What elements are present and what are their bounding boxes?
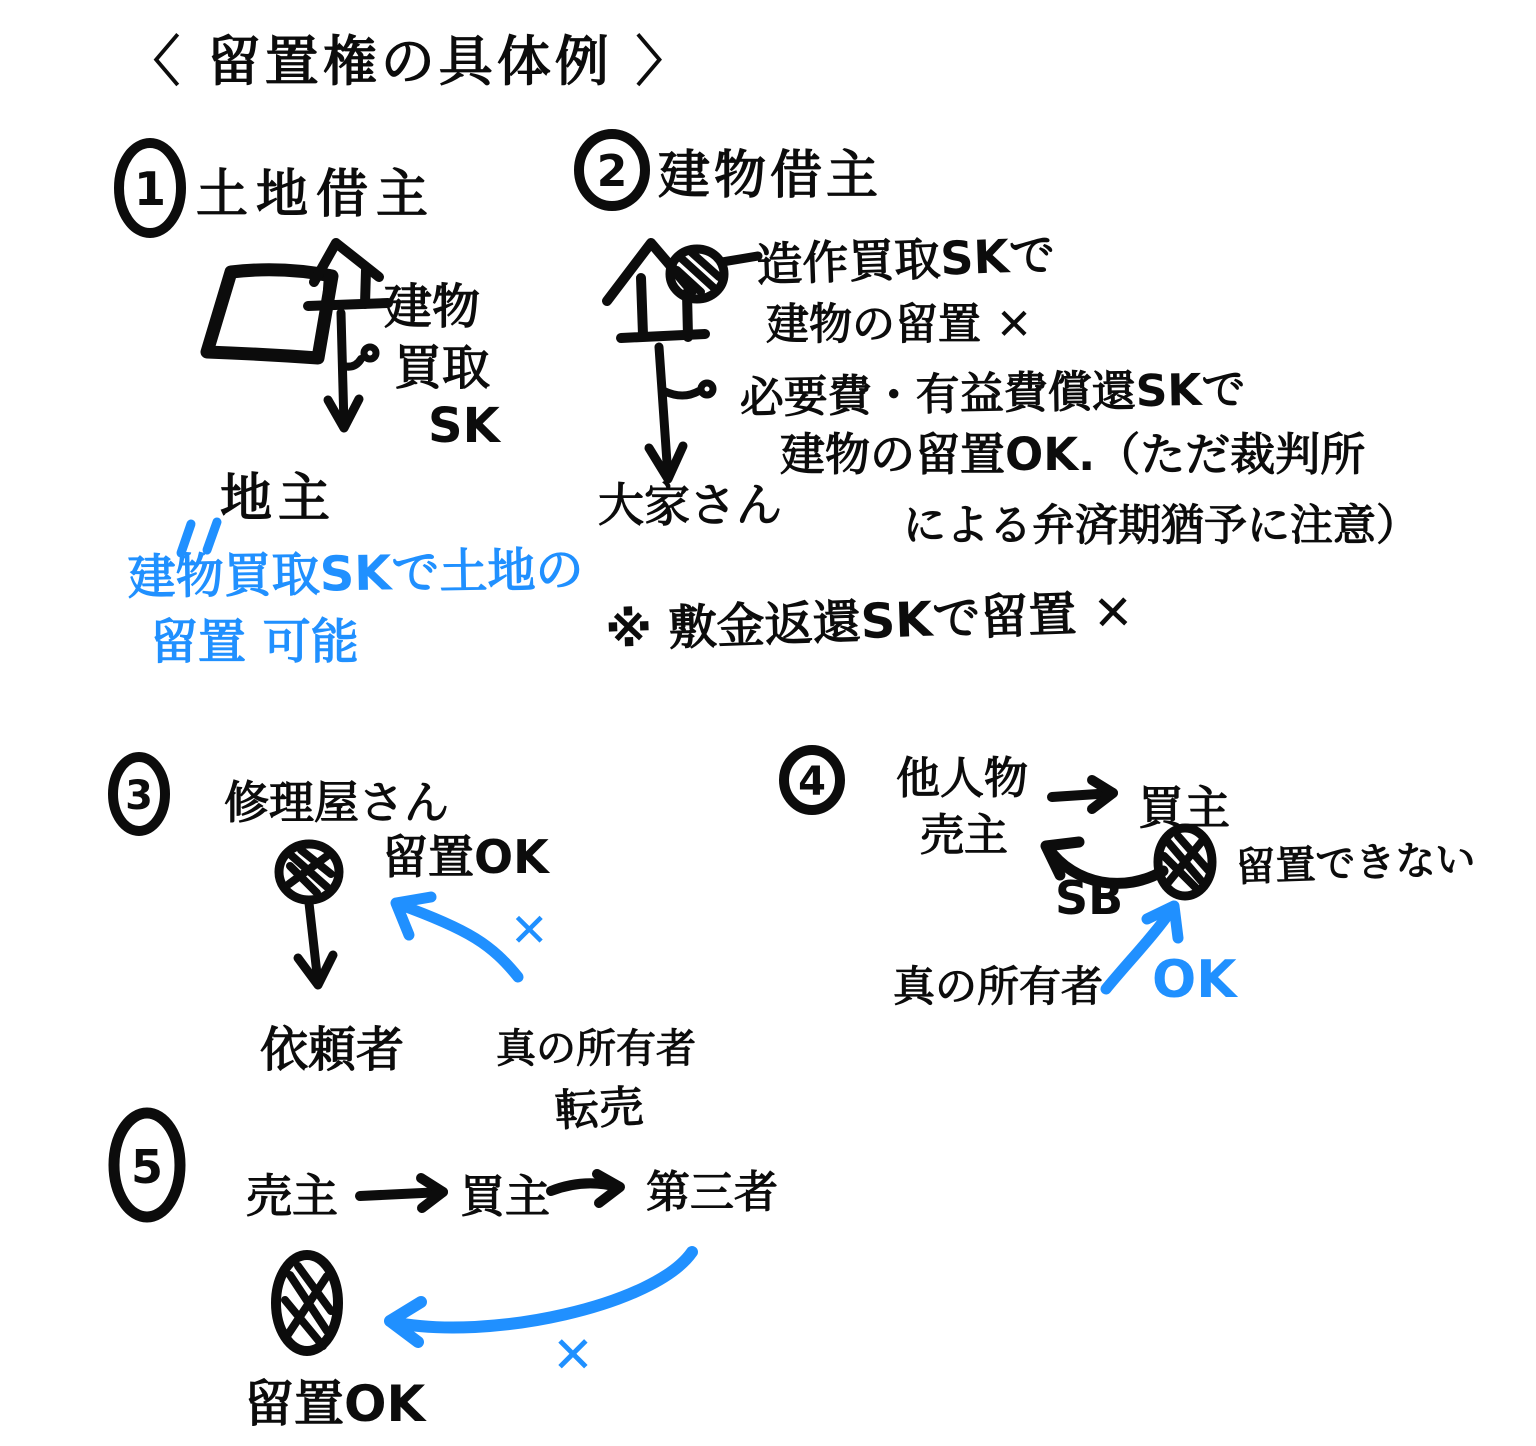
house-icon xyxy=(308,243,388,306)
repaired-item-ball-icon xyxy=(279,844,339,900)
buyer-label: 買主 xyxy=(460,1170,550,1223)
section-3-label: 修理屋さん xyxy=(224,776,449,829)
landlord-label: 大家さん xyxy=(598,478,782,532)
sale-arrow-icon xyxy=(360,1178,443,1208)
seller-label-line2: 売主 xyxy=(920,810,1008,861)
handwritten-note-page: 〈 留置権の具体例 〉 1 土地借主 建物 買取 SK 地主 建物買取SKで土地… xyxy=(0,0,1536,1446)
deposit-caution: ※ 敷金返還SKで留置 ✕ xyxy=(604,585,1134,659)
arrow-down-icon xyxy=(649,347,713,479)
claim-label-line2: 買取 xyxy=(394,340,490,396)
house-icon xyxy=(607,243,705,338)
expense-note-line3: による弁済期猶予に注意） xyxy=(903,501,1419,551)
expense-note-line2: 建物の留置OK.（ただ裁判所 xyxy=(780,428,1365,481)
section-4: 4 他人物 売主 買主 SB 留置できない OK 真の所有者 xyxy=(784,750,1476,1011)
goods-ball-icon xyxy=(1158,828,1212,896)
retention-ok-label: 留置OK xyxy=(244,1375,428,1433)
lien-examples-sketch: 〈 留置権の具体例 〉 1 土地借主 建物 買取 SK 地主 建物買取SKで土地… xyxy=(0,0,1536,1446)
section-3: 3 修理屋さん 留置OK 依頼者 ✕ 真の所有者 xyxy=(113,757,696,1078)
retention-ok-label: 留置OK xyxy=(382,830,551,884)
page-title: 〈 留置権の具体例 〉 xyxy=(126,30,694,93)
section-4-number: 4 xyxy=(798,759,826,805)
sale-arrow-icon xyxy=(1052,780,1113,809)
section-1-label: 土地借主 xyxy=(196,165,436,225)
resale-arrow-icon xyxy=(551,1174,620,1203)
expense-note-line1: 必要費・有益費償還SKで xyxy=(739,364,1246,424)
client-label: 依頼者 xyxy=(260,1022,404,1078)
cross-mark: ✕ xyxy=(510,903,549,957)
arrow-down-icon xyxy=(298,903,333,985)
claim-label-line1: 建物 xyxy=(384,279,480,335)
section-1: 1 土地借主 建物 買取 SK 地主 建物買取SKで土地の 留置 可能 xyxy=(119,143,584,670)
goods-ball-icon xyxy=(276,1255,338,1351)
blue-note-line1: 建物買取SKで土地の xyxy=(127,542,584,606)
blue-arrow-icon xyxy=(396,897,518,977)
claim-label-line3: SK xyxy=(428,398,502,454)
seller-label-line1: 他人物 xyxy=(896,753,1028,804)
sb-label: SB xyxy=(1055,871,1123,925)
fixture-note-line2: 建物の留置 ✕ xyxy=(766,300,1032,350)
section-2: 2 建物借主 造作買取SKで 建物の留置 ✕ 必要費・有益費償還SKで 建物の留… xyxy=(579,134,1419,659)
fixture-ball-icon xyxy=(670,249,758,299)
section-1-number: 1 xyxy=(134,162,166,216)
section-2-number: 2 xyxy=(597,146,628,197)
true-owner-label: 真の所有者 xyxy=(893,962,1103,1011)
section-5: 5 売主 買主 転売 第三者 留置OK ✕ xyxy=(114,1081,778,1433)
cannot-retain-label: 留置できない xyxy=(1235,837,1476,891)
section-2-label: 建物借主 xyxy=(658,146,882,206)
landowner-label: 地主 xyxy=(220,469,336,529)
arrow-down-icon xyxy=(328,313,376,428)
fixture-note-line1: 造作買取SKで xyxy=(755,228,1055,292)
section-3-number: 3 xyxy=(125,773,153,819)
true-owner-label: 真の所有者 xyxy=(496,1026,696,1072)
resale-label: 転売 xyxy=(554,1081,645,1137)
blue-note-line2: 留置 可能 xyxy=(150,614,359,670)
seller-label: 売主 xyxy=(246,1169,338,1223)
blue-arrow-icon xyxy=(390,1252,692,1342)
ok-mark: OK xyxy=(1152,950,1238,1010)
third-party-label: 第三者 xyxy=(646,1167,778,1218)
section-5-number: 5 xyxy=(131,1140,163,1194)
cross-mark: ✕ xyxy=(552,1326,594,1384)
